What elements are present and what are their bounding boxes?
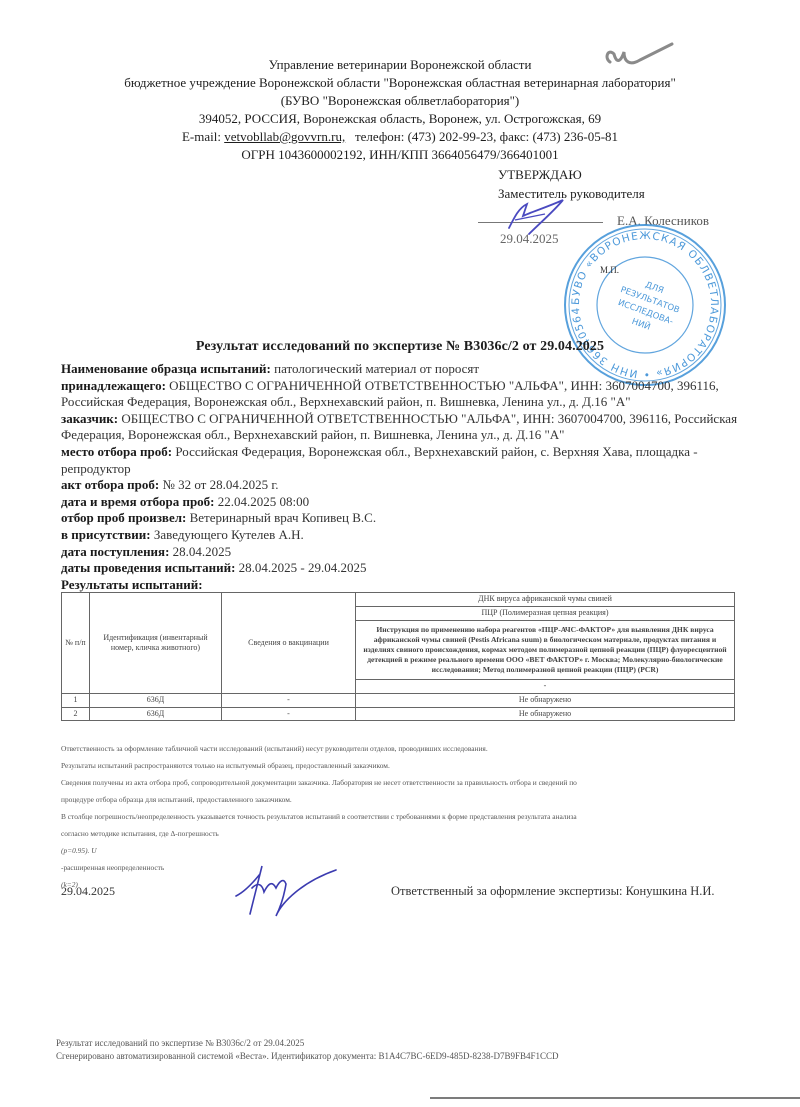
org-short-name: (БУВО "Воронежская облветлаборатория") <box>0 92 800 110</box>
note-scope: Результаты испытаний распространяются то… <box>61 757 751 774</box>
field-sampled-by: отбор проб произвел: Ветеринарный врач К… <box>61 510 751 527</box>
row-ident: 636Д <box>90 694 222 708</box>
row-result: Не обнаружено <box>356 694 735 708</box>
responsible-signature-icon <box>232 862 342 922</box>
col-header-ident: Идентификация (инвентарный номер, кличка… <box>90 593 222 694</box>
phones: телефон: (473) 202-99-23, факс: (473) 23… <box>355 129 618 144</box>
scan-artifact-line <box>430 1097 800 1099</box>
row-result: Не обнаружено <box>356 707 735 721</box>
document-title: Результат исследований по экспертизе № В… <box>0 339 800 355</box>
field-received-date: дата поступления: 28.04.2025 <box>61 544 751 561</box>
org-full-name: бюджетное учреждение Воронежской области… <box>0 74 800 92</box>
col-header-method: ПЦР (Полимеразная цепная реакция) <box>356 607 735 621</box>
results-table: № п/п Идентификация (инвентарный номер, … <box>61 592 735 721</box>
footer-doc-ref: Результат исследований по экспертизе № В… <box>56 1037 559 1050</box>
email-link[interactable]: vetvobllab@govvrn.ru, <box>224 129 345 144</box>
signature-date: 29.04.2025 <box>61 884 115 899</box>
col-header-num: № п/п <box>62 593 90 694</box>
notes-block: Ответственность за оформление табличной … <box>61 740 751 893</box>
row-vaccination: - <box>222 694 356 708</box>
seal-label: М.П. <box>600 265 619 275</box>
document-footer: Результат исследований по экспертизе № В… <box>56 1037 559 1063</box>
note-sampling-info-1: Сведения получены из акта отбора проб, с… <box>61 774 751 791</box>
footer-generated-id: Сгенерировано автоматизированной системо… <box>56 1050 559 1063</box>
col-header-norm: - <box>356 680 735 694</box>
row-num: 2 <box>62 707 90 721</box>
field-sampling-place: место отбора проб: Российская Федерация,… <box>61 444 751 477</box>
col-header-method-doc: Инструкция по применению набора реагенто… <box>356 621 735 680</box>
approval-title: УТВЕРЖДАЮ <box>498 165 645 184</box>
org-address: 394052, РОССИЯ, Воронежская область, Вор… <box>0 110 800 128</box>
note-responsibility: Ответственность за оформление табличной … <box>61 740 751 757</box>
ministry-name: Управление ветеринарии Воронежской облас… <box>0 56 800 74</box>
email-label: E-mail: <box>182 129 221 144</box>
sample-details: Наименование образца испытаний: патологи… <box>61 361 751 593</box>
row-ident: 636Д <box>90 707 222 721</box>
col-header-vaccination: Сведения о вакцинации <box>222 593 356 694</box>
col-header-indicator: ДНК вируса африканской чумы свиней <box>356 593 735 607</box>
field-test-dates: даты проведения испытаний: 28.04.2025 - … <box>61 560 751 577</box>
table-row: 2 636Д - Не обнаружено <box>62 707 735 721</box>
approval-date: 29.04.2025 <box>500 231 559 247</box>
note-sampling-info-2: процедуре отбора образца для испытаний, … <box>61 791 751 808</box>
field-customer: заказчик: ОБЩЕСТВО С ОГРАНИЧЕННОЙ ОТВЕТС… <box>61 411 751 444</box>
contacts-line: E-mail: vetvobllab@govvrn.ru, телефон: (… <box>0 128 800 146</box>
note-uncertainty-1: В столбце погрешность/неопределенность у… <box>61 808 751 825</box>
field-sampling-act: акт отбора проб: № 32 от 28.04.2025 г. <box>61 477 751 494</box>
row-vaccination: - <box>222 707 356 721</box>
results-heading: Результаты испытаний: <box>61 577 751 594</box>
row-num: 1 <box>62 694 90 708</box>
ogrn-line: ОГРН 1043600002192, ИНН/КПП 3664056479/3… <box>0 146 800 164</box>
table-row: 1 636Д - Не обнаружено <box>62 694 735 708</box>
field-sample-name: Наименование образца испытаний: патологи… <box>61 361 751 378</box>
field-owner: принадлежащего: ОБЩЕСТВО С ОГРАНИЧЕННОЙ … <box>61 378 751 411</box>
field-witness: в присутствии: Заведующего Кутелев А.Н. <box>61 527 751 544</box>
field-sampling-datetime: дата и время отбора проб: 22.04.2025 08:… <box>61 494 751 511</box>
responsible-person: Ответственный за оформление экспертизы: … <box>391 884 715 899</box>
org-header: Управление ветеринарии Воронежской облас… <box>0 56 800 164</box>
note-uncertainty-2: согласно методике испытания, где Δ-погре… <box>61 825 751 893</box>
